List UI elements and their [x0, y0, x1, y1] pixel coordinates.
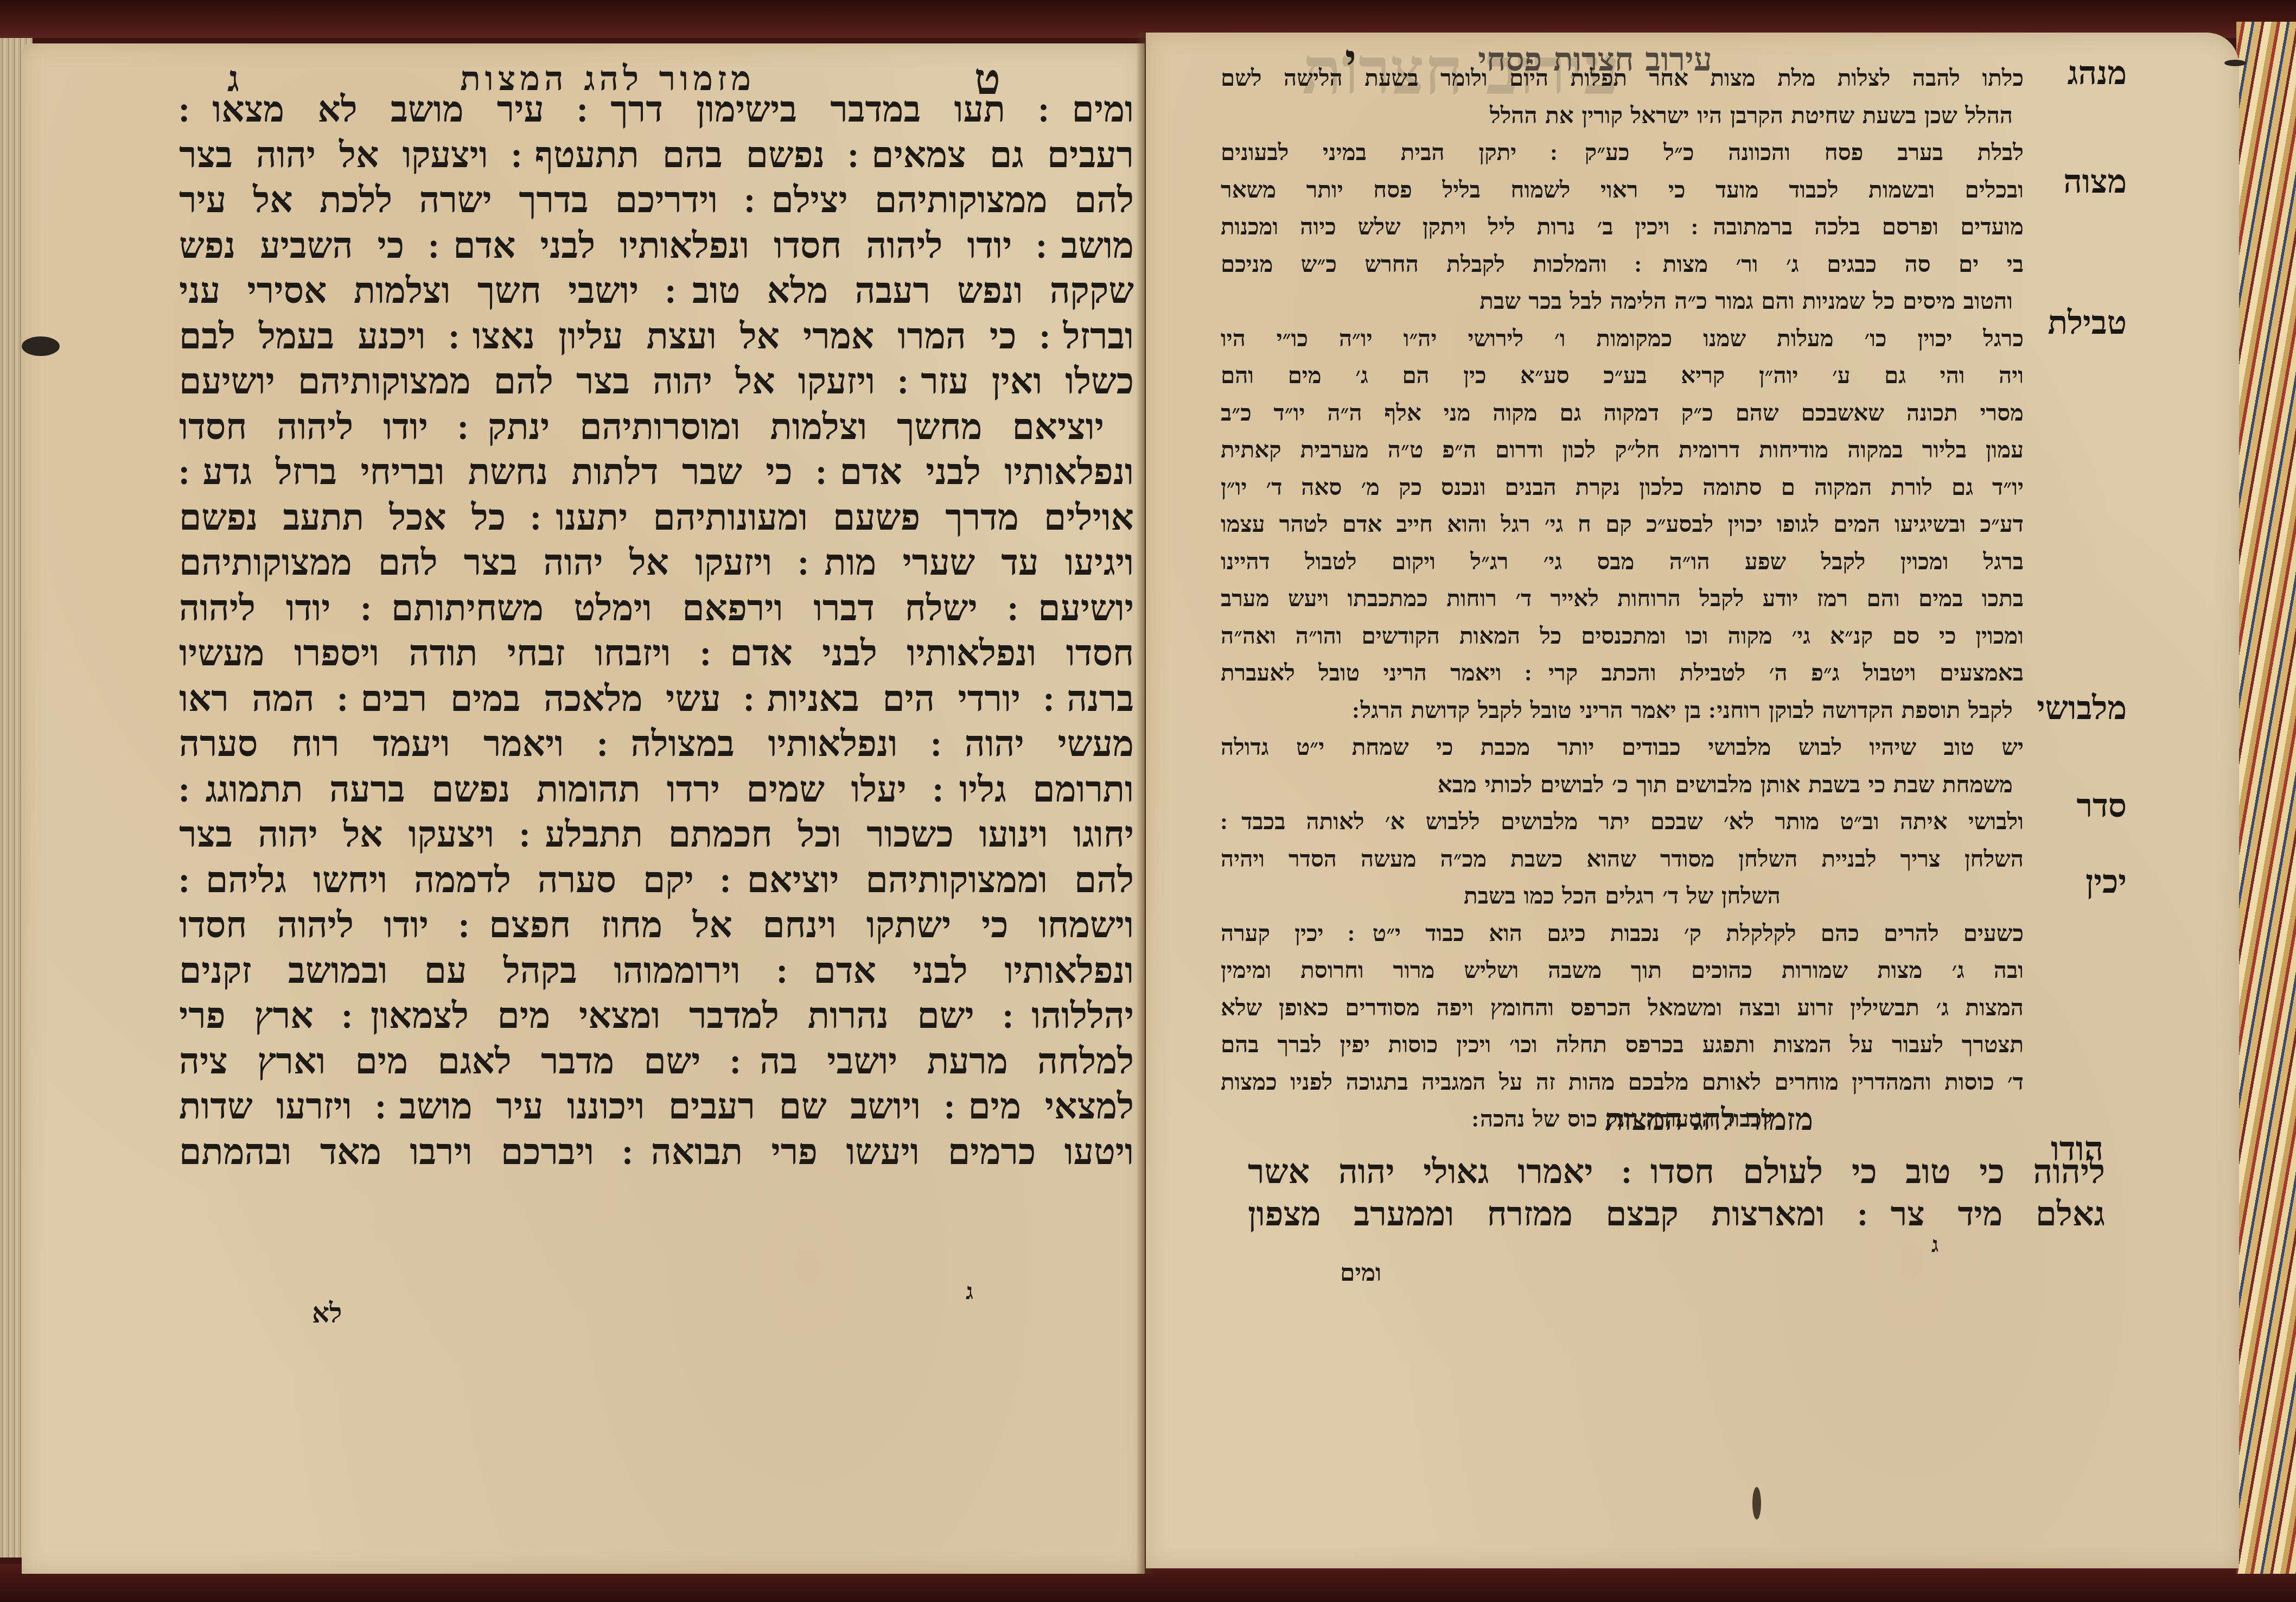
- text-line: וישמחו כי ישתקו וינחם אל מחוז חפצם ׃ יוד…: [179, 902, 1134, 948]
- text-line: ויה והי גם ע׳ יוה״ן קריא בע״כ סע״א כין ה…: [1221, 357, 2024, 395]
- text-line: יהללוהו ׃ ישם נהרות למדבר ומצאי מים לצמא…: [179, 993, 1134, 1039]
- text-line: ובכלים ובשמות לכבוד מועד כי ראוי לשמוח ב…: [1221, 171, 2024, 209]
- marginal-heading: מצוה: [2063, 163, 2127, 201]
- text-line: לבלת בערב פסח והכוונה כ״ל כע״ק ׃ יתקן הב…: [1221, 134, 2024, 171]
- text-line: ברנה ׃ יורדי הים באניות ׃ עשי מלאכה במים…: [179, 676, 1134, 722]
- text-line: יחוגו וינועו כשכור וכל חכמתם תתבלע ׃ ויצ…: [179, 812, 1134, 857]
- signature-mark: ג: [966, 1278, 973, 1305]
- text-line: כרגל יכוין כו׳ מעלות שמנו כמקומות ו׳ ליר…: [1221, 320, 2024, 358]
- catchword: ומים: [1340, 1259, 1381, 1287]
- text-line: להם וממצוקותיהם יוציאם ׃ יקם סערה לדממה …: [179, 857, 1134, 903]
- marginal-heading: מנהג: [2068, 54, 2127, 92]
- text-line: תצטרך לעבור על המצות ותפגע בכרפס תחלה וכ…: [1221, 1026, 2024, 1064]
- text-line: ולבושי איתה וב״ט מותר לא׳ שבכם יתר מלבוש…: [1221, 803, 2024, 841]
- text-line: למלחה מרעת יושבי בה ׃ ישם מדבר לאגם מים …: [179, 1039, 1134, 1084]
- text-line: ובה ג׳ מצות שמורות כהוכים תוך משבה ושליש…: [1221, 952, 2024, 989]
- signature-mark: ג: [1931, 1232, 1938, 1257]
- psalm-text: ליהוה כי טוב כי לעולם חסדו ׃ יאמרו גאולי…: [1248, 1150, 2105, 1235]
- text-line: להם ממצוקותיהם יצילם ׃ וידריכם בדרך ישרה…: [179, 177, 1134, 223]
- text-line: ברגל ומכוין לקבל שפע הו״ה מבס גי׳ רג״ל ו…: [1221, 543, 2024, 581]
- text-line: ומים ׃ תעו במדבר בישימון דרך ׃ עיר מושב …: [179, 87, 1134, 132]
- text-line: וברזל ׃ כי המרו אמרי אל ועצת עליון נאצו …: [179, 314, 1134, 359]
- text-line: ונפלאותיו לבני אדם ׃ וירוממוהו בקהל עם ו…: [179, 948, 1134, 994]
- text-line: כלתו להבה לצלות מלת מצות אחר תפלות היום …: [1221, 60, 2024, 97]
- text-line: ההלל שכן בשעת שחיטת הקרבן היו ישראל קורי…: [1221, 97, 2024, 135]
- text-line: יש טוב שיהיו לבוש מלבושי כבודים יותר מכב…: [1221, 729, 2024, 766]
- text-line: חסדו ונפלאותיו לבני אדם ׃ ויזבחו זבחי תו…: [179, 631, 1134, 676]
- right-page-body: כלתו להבה לצלות מלת מצות אחר תפלות היום …: [1221, 60, 2024, 1138]
- text-line: משמחת שבת כי בשבת אותן מלבושים תוך כ׳ לב…: [1221, 766, 2024, 804]
- marginal-heading: סדר: [2077, 787, 2127, 825]
- text-line: מועדים ופרסם בלכה ברמתובה ׃ ויכין ב׳ נרו…: [1221, 208, 2024, 246]
- text-line: גאלם מיד צר ׃ ומארצות קבצם ממזרח וממערב …: [1248, 1193, 2105, 1235]
- psalm-heading: מזמור לחג המצות: [1546, 1102, 1872, 1137]
- text-line: עמון בליור במקוה מודיחות דרומית חל״ק לכו…: [1221, 431, 2024, 469]
- text-line: באמצעים ויטבול ג״פ ה׳ לטבילת והכתב קרי ׃…: [1221, 654, 2024, 692]
- text-line: ויטעו כרמים ויעשו פרי תבואה ׃ ויברכם ויר…: [179, 1129, 1134, 1175]
- text-line: יושיעם ׃ ישלח דברו וירפאם וימלט משחיתותם…: [179, 586, 1134, 631]
- text-line: שקקה ונפש רעבה מלא טוב ׃ יושבי חשך וצלמו…: [179, 268, 1134, 314]
- left-page-footer: ג לא: [179, 1278, 1134, 1327]
- text-line: המצות ג׳ תבשילין זרוע ובצה ומשמאל הכרפס …: [1221, 989, 2024, 1027]
- left-page-body: ומים ׃ תעו במדבר בישימון דרך ׃ עיר מושב …: [179, 87, 1134, 1174]
- text-line: ותרומם גליו ׃ יעלו שמים ירדו תהומות נפשם…: [179, 767, 1134, 812]
- text-line: השלחן צריך לבניית השלחן מסודר שהוא כשבת …: [1221, 841, 2024, 878]
- text-line: דע״כ ובשיגיעו המים לגופו יכוין לבסע״כ קם…: [1221, 506, 2024, 543]
- text-line: השלחן של ד׳ רגלים הכל כמו בשבת: [1221, 878, 2024, 915]
- text-line: רעבים גם צמאים ׃ נפשם בהם תתעטף ׃ ויצעקו…: [179, 132, 1134, 178]
- catchword: לא: [312, 1297, 342, 1329]
- text-line: מסרי תכונה שאשבכם שהם כ״ק דמקוה גם מקוה …: [1221, 395, 2024, 432]
- text-line: מעשי יהוה ׃ ונפלאותיו במצולה ׃ ויאמר ויע…: [179, 721, 1134, 767]
- text-line: בתכו במים והם רמז יודע לקבל הרוחות לאייר…: [1221, 580, 2024, 618]
- marginal-heading: יכין: [2085, 863, 2127, 901]
- marbled-endpaper: [2236, 22, 2296, 1574]
- text-line: ויגיעו עד שערי מות ׃ ויזעקו אל יהוה בצר …: [179, 540, 1134, 586]
- text-line: ליהוה כי טוב כי לעולם חסדו ׃ יאמרו גאולי…: [1248, 1150, 2105, 1193]
- text-line: למצאי מים ׃ ויושב שם רעבים ויכוננו עיר מ…: [179, 1084, 1134, 1129]
- ink-stain: [22, 336, 60, 356]
- text-line: ד׳ כוסות והמהדרין מוחרים לאותם מלבכם מהו…: [1221, 1064, 2024, 1101]
- ink-spot: [2224, 60, 2246, 66]
- text-line: ׃ יוציאם מחשך וצלמות ומוסרותיהם ינתק ׃ י…: [179, 404, 1134, 450]
- text-line: יו״ד גם לורת המקוה ם סתומה כלכון נקרת הב…: [1221, 469, 2024, 506]
- text-line: מושב ׃ יודו ליהוה חסדו ונפלאותיו לבני אד…: [179, 223, 1134, 269]
- text-line: בי ים סה כבגים ג׳ ור׳ מצות ׃ והמלכות לקב…: [1221, 246, 2024, 283]
- text-line: כשלו ואין עזר ׃ ויזעקו אל יהוה בצר להם מ…: [179, 359, 1134, 404]
- text-line: ומכוין כי סם קנ״א גי׳ מקוה וכו ומתכנסים …: [1221, 618, 2024, 655]
- paper-stain: [1752, 1487, 1761, 1520]
- text-line: אוילים מדרך פשעם ומעונותיהם יתענו ׃ כל א…: [179, 495, 1134, 541]
- text-line: ונפלאותיו לבני אדם ׃ כי שבר דלתות נחשת ו…: [179, 449, 1134, 495]
- marginal-heading: טבילת: [2048, 304, 2127, 342]
- text-line: והטוב מיסים כל שמניות והם גמור כ״ה הלימה…: [1221, 283, 2024, 320]
- text-line: כשעים להרים כהם לקלקלת ק׳ נכבות כיגם הוא…: [1221, 915, 2024, 952]
- text-line: לקבל תוספת הקדושה לבוקן רוחני ׃ בן יאמר …: [1221, 692, 2024, 729]
- marginal-heading: מלבושי: [2037, 689, 2127, 727]
